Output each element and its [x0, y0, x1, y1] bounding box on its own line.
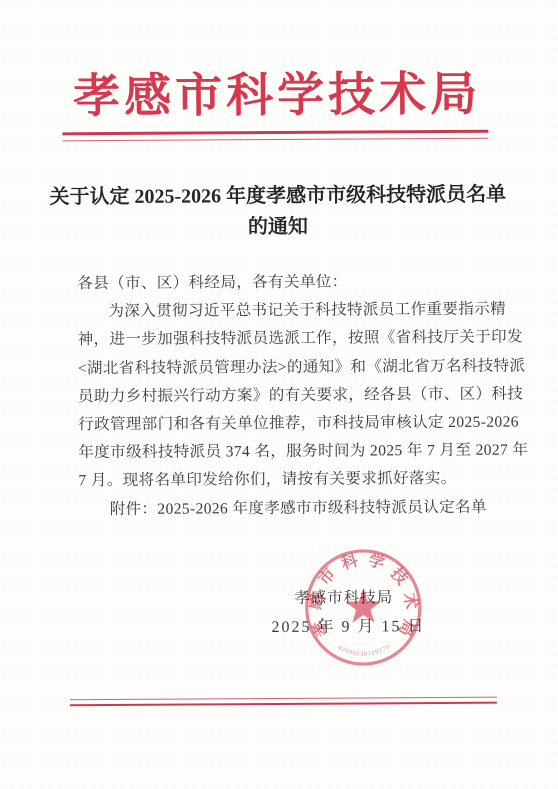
document-title-line1: 关于认定 2025-2026 年度孝感市市级科技特派员名单: [0, 179, 557, 213]
footer-divider-thick: [70, 701, 497, 706]
body-line: 神，进一步加强科技特派员选派工作，按照《省科技厅关于印发: [78, 324, 483, 355]
body-line: 为深入贯彻习近平总书记关于科技特派员工作重要指示精: [77, 296, 482, 327]
document-body: 各县（市、区）科经局，各有关单位： 为深入贯彻习近平总书记关于科技特派员工作重要…: [77, 268, 484, 524]
footer-divider-thin: [70, 697, 497, 701]
official-seal: 孝感市科学技术局 42090230109273: [297, 541, 430, 674]
scanned-document-page: 孝感市科学技术局 关于认定 2025-2026 年度孝感市市级科技特派员名单 的…: [0, 0, 558, 789]
document-title-line2: 的通知: [0, 210, 557, 244]
body-line: <湖北省科技特派员管理办法>的通知》和《湖北省万名科技特派: [78, 352, 483, 383]
body-line: 7 月。现将名单印发给你们，请按有关要求抓好落实。: [78, 465, 483, 496]
body-line: 行政管理部门和各有关单位推荐，市科技局审核认定 2025-2026: [78, 409, 483, 440]
seal-star-icon: [345, 589, 381, 623]
salutation-line: 各县（市、区）科经局，各有关单位：: [77, 268, 482, 299]
document-content: 孝感市科学技术局 关于认定 2025-2026 年度孝感市市级科技特派员名单 的…: [0, 0, 558, 789]
letterhead-divider-thin: [62, 137, 488, 141]
letterhead-divider-thick: [62, 130, 488, 135]
seal-code: 42090230109273: [336, 644, 390, 657]
attachment-line: 附件：2025-2026 年度孝感市市级科技特派员认定名单: [79, 493, 484, 524]
document-title: 关于认定 2025-2026 年度孝感市市级科技特派员名单 的通知: [0, 179, 557, 244]
body-line: 员助力乡村振兴行动方案》的有关要求，经各县（市、区）科技: [78, 381, 483, 412]
letterhead-agency-name: 孝感市科学技术局: [0, 56, 556, 126]
body-line: 年度市级科技特派员 374 名，服务时间为 2025 年 7 月至 2027 年: [78, 437, 483, 468]
